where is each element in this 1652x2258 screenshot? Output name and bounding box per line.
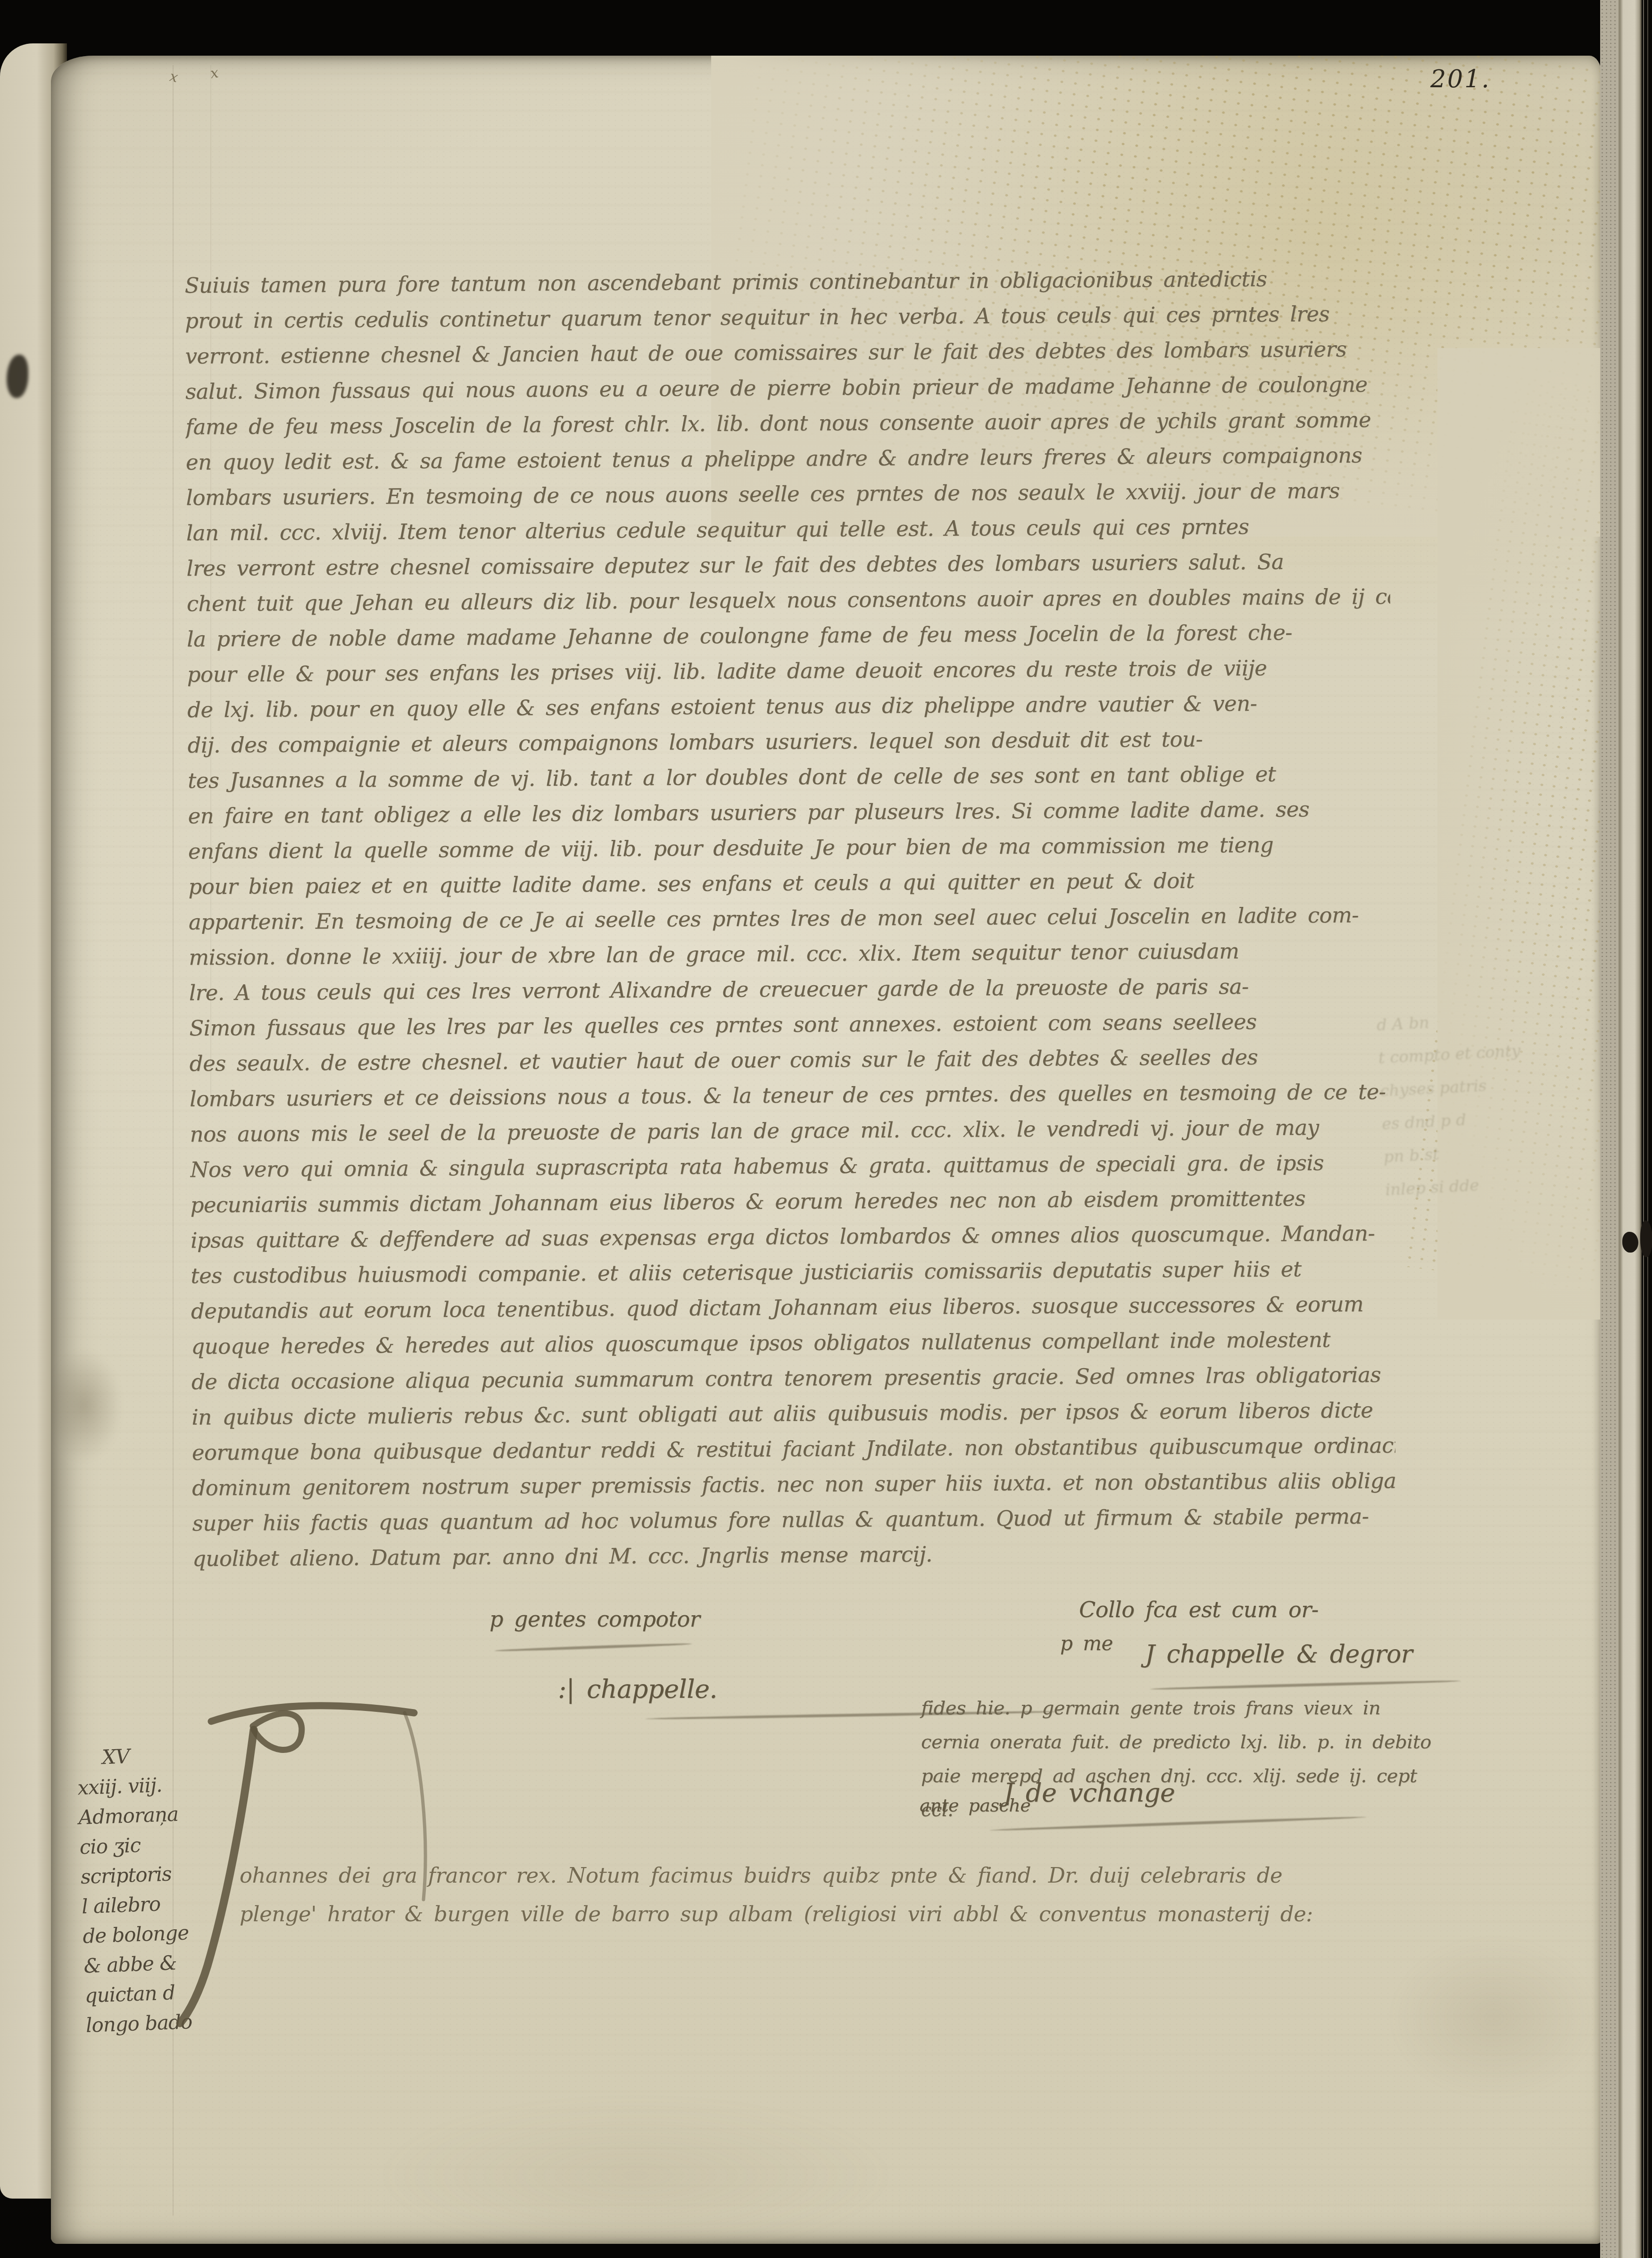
faint-stain [1390, 1937, 1598, 2098]
photograph-backdrop: 201. x x Suiuis tamen pura fore tantum n… [0, 0, 1652, 2258]
faint-stain [376, 2098, 895, 2244]
royal-act-text-block: ohannes dei gra francor rex. Notum facim… [240, 1856, 1409, 1934]
collation-note-line1: Collo fca est cum or- [1079, 1597, 1319, 1622]
fore-edge-pages [1619, 0, 1642, 2258]
manuscript-text-line: de lxj. lib. pour en quoy elle & ses enf… [187, 685, 1391, 728]
accounting-note-line: paie merepd ad aschen dnj. ccc. xlij. se… [921, 1759, 1449, 1827]
royal-act-line: plenge' hrator & burgen ville de barro s… [240, 1895, 1409, 1934]
ghost-offset-writing: d A bnt compto et contychyses patrises d… [1376, 998, 1584, 1206]
chamber-office-note: p gentes compotor [490, 1606, 700, 1632]
fore-edge-speckled [1600, 0, 1619, 2258]
signature-de-vchange: J de vchange [1004, 1778, 1175, 1808]
manuscript-text-line: super hiis factis quas quantum ad hoc vo… [192, 1498, 1395, 1541]
collation-signature: J chappelle & degror [1145, 1640, 1412, 1669]
binding-tab-mark [1622, 1232, 1638, 1253]
manuscript-text-line: quolibet alieno. Datum par. anno dni M. … [192, 1534, 1396, 1577]
parchment-page: 201. x x Suiuis tamen pura fore tantum n… [51, 56, 1602, 2244]
accounting-note-line: fides hie. p germain gente trois frans v… [921, 1691, 1449, 1725]
accounting-note-line: cernia onerata fuit. de predicto lxj. li… [921, 1725, 1449, 1759]
manuscript-text-block: Suiuis tamen pura fore tantum non ascend… [184, 260, 1396, 1593]
folio-number: 201. [1430, 65, 1491, 93]
manuscript-text-line: enfans dient la quelle somme de viij. li… [188, 826, 1392, 869]
ink-blot-mark [7, 355, 28, 398]
binding-tab-mark [1640, 1220, 1652, 1257]
fore-edge-dark [1642, 0, 1652, 2258]
notary-signature-chappelle: :| chappelle. [558, 1674, 717, 1704]
royal-act-line: ohannes dei gra francor rex. Notum facim… [240, 1856, 1409, 1895]
collation-note-line2: p me [1060, 1632, 1113, 1655]
